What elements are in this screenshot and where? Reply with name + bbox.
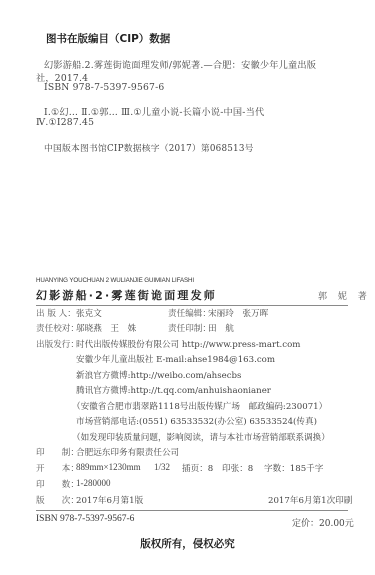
distribution-line-1: 时代出版传媒股份有限公司 http://www.press-mart.com bbox=[76, 338, 300, 350]
distribution-line-7: （如发现印装质量问题，影响阅读，请与本社市场营销部联系调换） bbox=[72, 431, 330, 443]
cip-subjects-line2: Ⅳ.①I287.45 bbox=[36, 117, 94, 128]
footer-isbn: ISBN 978-7-5397-9567-6 bbox=[36, 514, 134, 524]
printing-supervisor-value: 田 航 bbox=[208, 322, 234, 334]
distribution-line-4: 腾讯官方微博:http://t.qq.com/anhuishaonianer bbox=[76, 384, 271, 396]
edition-label: 版 次： bbox=[36, 494, 79, 506]
cip-subjects-line1: Ⅰ.①幻… Ⅱ.①郭… Ⅲ.①儿童小说-长篇小说-中国-当代 bbox=[44, 104, 264, 118]
format-value: 889mm×1230mm bbox=[76, 462, 141, 472]
editor-value: 宋丽玲 张万晖 bbox=[208, 307, 268, 319]
format-fraction: 1/32 bbox=[154, 462, 170, 472]
title-divider bbox=[36, 305, 348, 306]
print-run-value: 1-280000 bbox=[76, 478, 111, 488]
printer-label: 印 制： bbox=[36, 446, 79, 458]
cip-heading: 图书在版编目（CIP）数据 bbox=[46, 31, 170, 46]
editor-label: 责任编辑： bbox=[168, 307, 211, 319]
cip-entry-line1: 幻影游船.2.雾莲街诡面理发师/郭妮著.—合肥：安徽少年儿童出版 bbox=[44, 57, 316, 71]
distribution-label: 出版发行： bbox=[36, 338, 79, 350]
price: 定价：20.00元 bbox=[292, 516, 354, 529]
copyright-notice: 版权所有，侵权必究 bbox=[0, 536, 375, 551]
distribution-line-6: 市场营销部电话:(0551) 63533532(办公室) 63533524(传真… bbox=[76, 415, 317, 427]
sheets-count: 印张：8 bbox=[222, 462, 253, 474]
edition-value: 2017年6月第1版 bbox=[76, 494, 143, 506]
footer-divider bbox=[36, 510, 348, 511]
distribution-line-5: （安徽省合肥市翡翠路1118号出版传媒广场 邮政编码:230071） bbox=[72, 400, 327, 412]
printing-value: 2017年6月第1次印刷 bbox=[268, 494, 352, 506]
word-count: 字数：185千字 bbox=[264, 462, 323, 474]
distribution-line-3: 新浪官方微博:http://weibo.com/ahsecbs bbox=[76, 369, 241, 381]
proofreader-value: 邬晓燕 王 姝 bbox=[76, 322, 136, 334]
proofreader-label: 责任校对： bbox=[36, 322, 79, 334]
distribution-line-2: 安徽少年儿童出版社 E-mail:ahse1984@163.com bbox=[76, 353, 275, 365]
cip-isbn: ISBN 978-7-5397-9567-6 bbox=[44, 82, 164, 93]
print-run-label: 印 数： bbox=[36, 478, 79, 490]
publisher-label: 出 版 人： bbox=[36, 307, 76, 319]
plates-count: 插页：8 bbox=[182, 462, 213, 474]
book-title: 幻影游船·2·雾莲街诡面理发师 bbox=[36, 287, 217, 303]
pinyin-title: HUANYING YOUCHUAN 2 WULIANJIE GUIMIAN LI… bbox=[36, 277, 194, 284]
book-author: 郭 妮 著 bbox=[318, 289, 371, 302]
printer-value: 合肥远东印务有限责任公司 bbox=[76, 446, 179, 458]
format-label: 开 本： bbox=[36, 462, 79, 474]
cip-verification: 中国版本图书馆CIP数据核字（2017）第068513号 bbox=[44, 141, 254, 154]
publisher-value: 张克文 bbox=[76, 307, 102, 319]
printing-supervisor-label: 责任印制： bbox=[168, 322, 211, 334]
